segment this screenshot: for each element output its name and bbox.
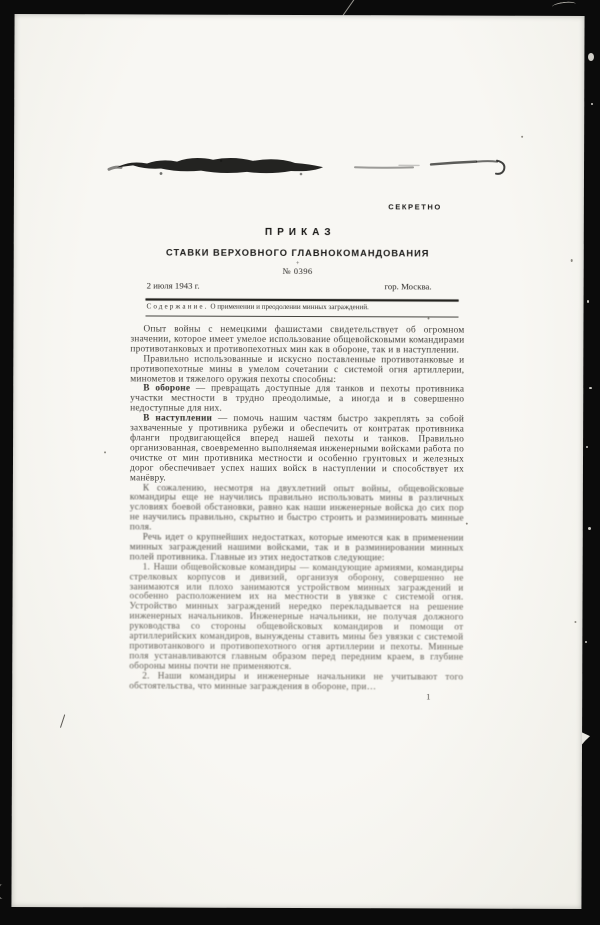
body-paragraph: 2. Наши командиры и инженерные начальник…	[129, 672, 463, 693]
classification-stamp: СЕКРЕТНО	[388, 202, 442, 211]
order-number: № 0396	[131, 265, 465, 276]
dust-speck	[104, 451, 106, 453]
body-paragraph: Речь идет о крупнейших недостатках, кото…	[130, 533, 464, 564]
body-paragraph: В наступлении — помочь нашим частям быст…	[130, 415, 464, 486]
horizontal-rule	[146, 298, 459, 301]
order-title: ПРИКАЗ	[131, 226, 465, 238]
body-text: Опыт войны с немецкими фашистами свидете…	[129, 325, 464, 693]
body-paragraph: В обороне — превращать доступные для тан…	[130, 385, 464, 416]
scratch-mark-page	[60, 714, 66, 728]
dust-speck	[586, 446, 588, 448]
scratch-mark-top	[342, 0, 355, 16]
body-paragraph: Правильно использованные и искусно поста…	[130, 355, 464, 386]
horizontal-rule	[146, 315, 459, 317]
order-date: 2 июля 1943 г.	[147, 280, 200, 290]
dust-speck	[466, 523, 468, 525]
dust-speck	[591, 103, 593, 105]
dust-speck	[587, 300, 589, 303]
subject-line: Содержание. О применении и преодолении м…	[147, 302, 459, 311]
body-paragraph: Опыт войны с немецкими фашистами свидете…	[130, 325, 464, 356]
subject-text: О применении и преодолении минных заграж…	[210, 303, 368, 312]
date-row: 2 июля 1943 г. гор. Москва.	[131, 280, 465, 291]
dust-speck	[585, 641, 587, 643]
document-page: СЕКРЕТНО ПРИКАЗ СТАВКИ ВЕРХОВНОГО ГЛАВНО…	[11, 14, 584, 909]
dust-speck	[588, 527, 591, 530]
order-subtitle: СТАВКИ ВЕРХОВНОГО ГЛАВНОКОМАНДОВАНИЯ	[131, 247, 465, 258]
order-place: гор. Москва.	[384, 281, 431, 291]
scratch-mark-left-edge	[0, 884, 8, 899]
dust-speck	[574, 621, 576, 623]
dust-speck	[589, 387, 592, 389]
dust-speck	[571, 259, 573, 262]
scanner-background: СЕКРЕТНО ПРИКАЗ СТАВКИ ВЕРХОВНОГО ГЛАВНО…	[0, 0, 600, 925]
body-paragraph: К сожалению, несмотря на двухлетний опыт…	[130, 484, 464, 535]
body-paragraph: 1. Наши общевойсковые командиры — команд…	[129, 563, 463, 673]
scratch-mark-top-right	[552, 1, 577, 11]
subject-label: Содержание.	[147, 302, 209, 310]
dust-speck	[588, 53, 594, 61]
page-number: 1	[426, 691, 430, 701]
page-content: СЕКРЕТНО ПРИКАЗ СТАВКИ ВЕРХОВНОГО ГЛАВНО…	[128, 14, 465, 908]
dust-speck	[521, 136, 523, 138]
